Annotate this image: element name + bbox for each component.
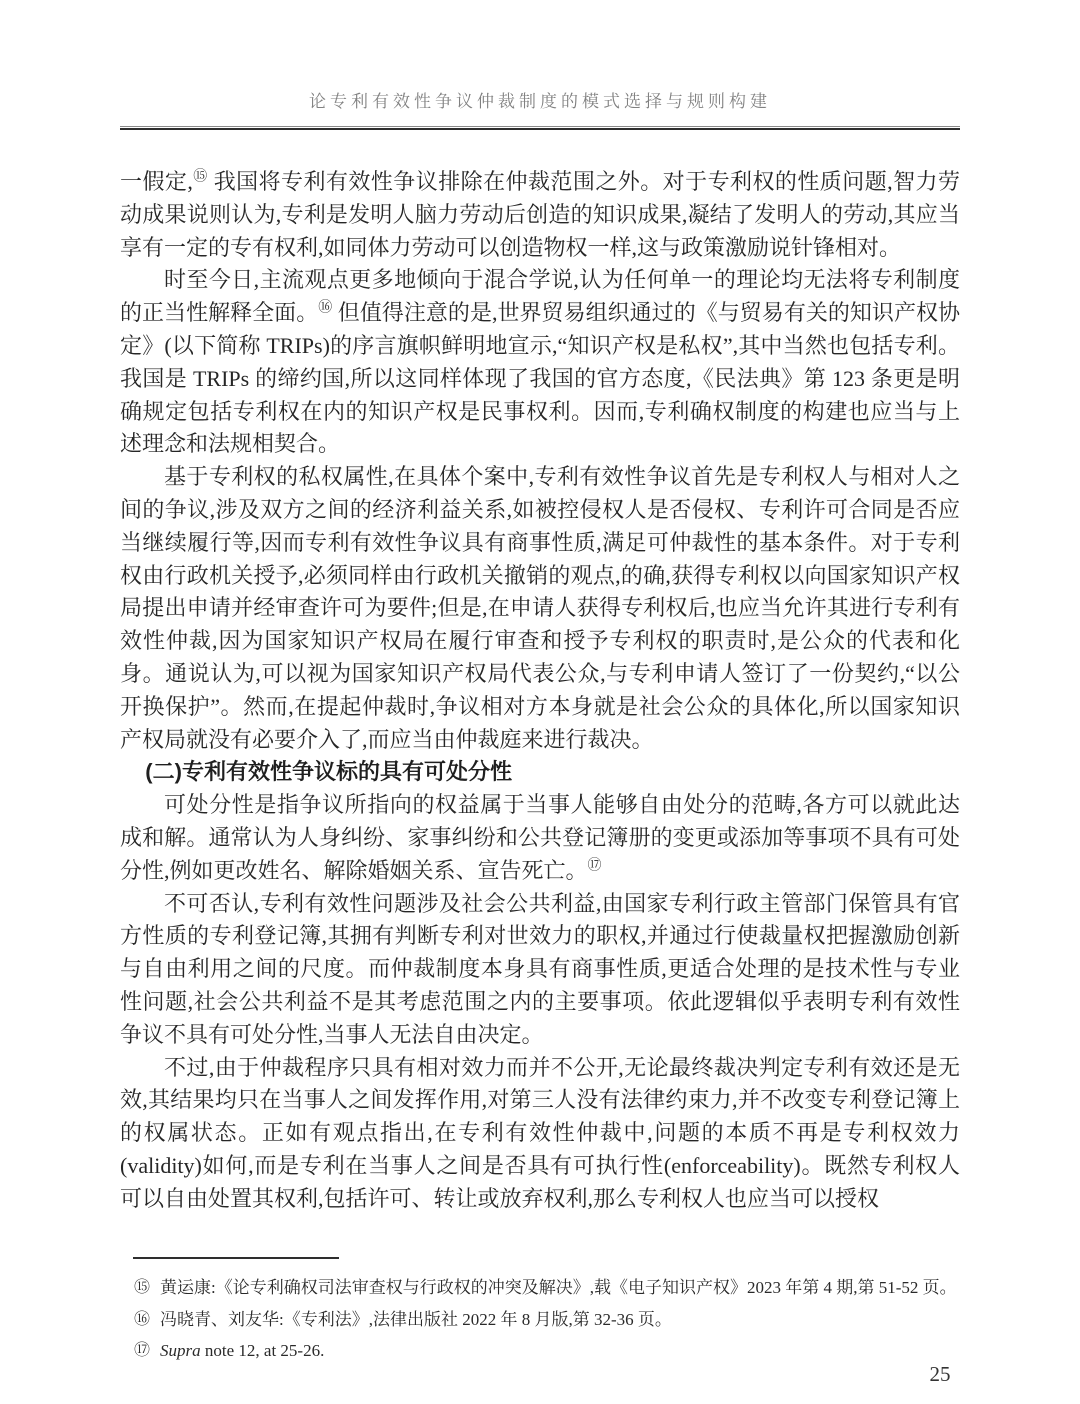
paragraph-4: 可处分性是指争议所指向的权益属于当事人能够自由处分的范畴,各方可以就此达成和解。… bbox=[120, 789, 960, 887]
text-run: 我国将专利有效性争议排除在仲裁范围之外。对于专利权的性质问题,智力劳动成果说则认… bbox=[120, 169, 960, 260]
footnote-ref-16: ⑯ bbox=[318, 301, 332, 316]
footnote-text-run: note 12, at 25-26. bbox=[201, 1341, 325, 1360]
footnote-marker: ⑯ bbox=[120, 1304, 160, 1336]
footnote-text: 黄运康:《论专利确权司法审查权与行政权的冲突及解决》,载《电子知识产权》2023… bbox=[160, 1272, 960, 1304]
footnote-16: ⑯ 冯晓青、刘友华:《专利法》,法律出版社 2022 年 8 月版,第 32-3… bbox=[120, 1304, 960, 1336]
document-page: 论专利有效性争议仲裁制度的模式选择与规则构建 一假定,⑮ 我国将专利有效性争议排… bbox=[0, 0, 1080, 1404]
footnote-ref-17: ⑰ bbox=[588, 858, 602, 873]
footnotes-section: ⑮ 黄运康:《论专利确权司法审查权与行政权的冲突及解决》,载《电子知识产权》20… bbox=[120, 1272, 960, 1367]
footnote-17: ⑰ Supra note 12, at 25-26. bbox=[120, 1335, 960, 1367]
footnote-divider bbox=[133, 1257, 339, 1259]
text-run: 一假定, bbox=[120, 169, 193, 194]
footnote-marker: ⑮ bbox=[120, 1272, 160, 1304]
text-run: 可处分性是指争议所指向的权益属于当事人能够自由处分的范畴,各方可以就此达成和解。… bbox=[120, 792, 960, 883]
header-divider bbox=[120, 126, 960, 130]
paragraph-2: 时至今日,主流观点更多地倾向于混合学说,认为任何单一的理论均无法将专利制度的正当… bbox=[120, 264, 960, 461]
body-text: 一假定,⑮ 我国将专利有效性争议排除在仲裁范围之外。对于专利权的性质问题,智力劳… bbox=[120, 166, 960, 1216]
page-number: 25 bbox=[918, 1362, 962, 1387]
footnote-text-run: 冯晓青、刘友华:《专利法》,法律出版社 2022 年 8 月版,第 32-36 … bbox=[160, 1310, 672, 1329]
text-run: 基于专利权的私权属性,在具体个案中,专利有效性争议首先是专利权人与相对人之间的争… bbox=[120, 464, 960, 751]
footnote-text: 冯晓青、刘友华:《专利法》,法律出版社 2022 年 8 月版,第 32-36 … bbox=[160, 1304, 960, 1336]
paragraph-3: 基于专利权的私权属性,在具体个案中,专利有效性争议首先是专利权人与相对人之间的争… bbox=[120, 461, 960, 756]
footnote-15: ⑮ 黄运康:《论专利确权司法审查权与行政权的冲突及解决》,载《电子知识产权》20… bbox=[120, 1272, 960, 1304]
paragraph-5: 不可否认,专利有效性问题涉及社会公共利益,由国家专利行政主管部门保管具有官方性质… bbox=[120, 888, 960, 1052]
footnote-text: Supra note 12, at 25-26. bbox=[160, 1335, 960, 1367]
paragraph-6: 不过,由于仲裁程序只具有相对效力而并不公开,无论最终裁决判定专利有效还是无效,其… bbox=[120, 1052, 960, 1216]
footnote-marker: ⑰ bbox=[120, 1335, 160, 1367]
text-run: 不过,由于仲裁程序只具有相对效力而并不公开,无论最终裁决判定专利有效还是无效,其… bbox=[120, 1055, 960, 1211]
text-run: 不可否认,专利有效性问题涉及社会公共利益,由国家专利行政主管部门保管具有官方性质… bbox=[120, 891, 960, 1047]
paragraph-1: 一假定,⑮ 我国将专利有效性争议排除在仲裁范围之外。对于专利权的性质问题,智力劳… bbox=[120, 166, 960, 264]
footnote-ref-15: ⑮ bbox=[193, 170, 208, 185]
section-heading: (二)专利有效性争议标的具有可处分性 bbox=[120, 756, 960, 789]
footnote-text-run-italic: Supra bbox=[160, 1341, 201, 1360]
running-header-title: 论专利有效性争议仲裁制度的模式选择与规则构建 bbox=[0, 87, 1080, 112]
